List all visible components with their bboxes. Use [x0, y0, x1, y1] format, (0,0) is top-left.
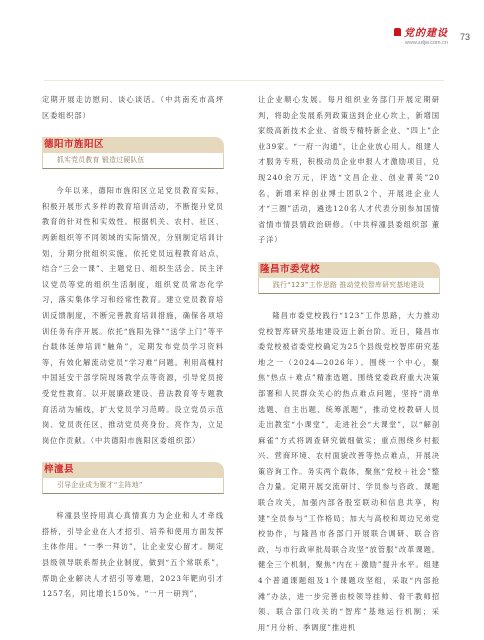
- logo-text: 党的建设: [404, 24, 448, 39]
- magazine-logo: 党的建设 www.sdjw.com.cn: [394, 24, 448, 46]
- section-subtitle: 践行“123”工作思路 推动党校智库研究基地建设: [258, 278, 440, 294]
- section-body: 今年以来，德阳市旌阳区立足党员教育实际，积极开展形式多样的教育培训活动，不断提升…: [42, 183, 224, 448]
- section-heading-zitong: 梓潼县 引导企业成为聚才“主阵地”: [42, 462, 224, 494]
- top-divider: [44, 80, 444, 81]
- section-subtitle: 抓实党员教育 锻造过硬队伍: [42, 153, 224, 169]
- page-header: 党的建设 www.sdjw.com.cn 73: [394, 26, 470, 46]
- section-title: 隆昌市委党校: [258, 262, 440, 278]
- right-column: 让企业顺心发展。每月组织业务部门开展定期研判，将助企发展系列政策送到企业心坎上，…: [258, 92, 440, 635]
- section-subtitle: 引导企业成为聚才“主阵地”: [42, 478, 224, 494]
- section-title: 德阳市旌阳区: [42, 137, 224, 153]
- section-title: 梓潼县: [42, 462, 224, 478]
- left-column: 定期开展走访慰问、谈心谈话。（中共南充市高坪区委组织部） 德阳市旌阳区 抓实党员…: [42, 92, 224, 602]
- logo-emblem-icon: [394, 28, 401, 36]
- section-heading-jingyang: 德阳市旌阳区 抓实党员教育 锻造过硬队伍: [42, 137, 224, 169]
- page-number: 73: [460, 32, 470, 42]
- continued-paragraph: 让企业顺心发展。每月组织业务部门开展定期研判，将助企发展系列政策送到企业心坎上，…: [258, 92, 440, 248]
- section-body: 梓潼县坚持用真心真情真力为企业和人才牵线搭桥，引导企业在人才招引、培养和使用方面…: [42, 508, 224, 602]
- section-body: 隆昌市委党校践行“123”工作思路，大力推动党校智库研究基地建设迈上新台阶。近日…: [258, 308, 440, 635]
- section-heading-longchang: 隆昌市委党校 践行“123”工作思路 推动党校智库研究基地建设: [258, 262, 440, 294]
- logo-url: www.sdjw.com.cn: [405, 40, 448, 46]
- intro-paragraph: 定期开展走访慰问、谈心谈话。（中共南充市高坪区委组织部）: [42, 92, 224, 123]
